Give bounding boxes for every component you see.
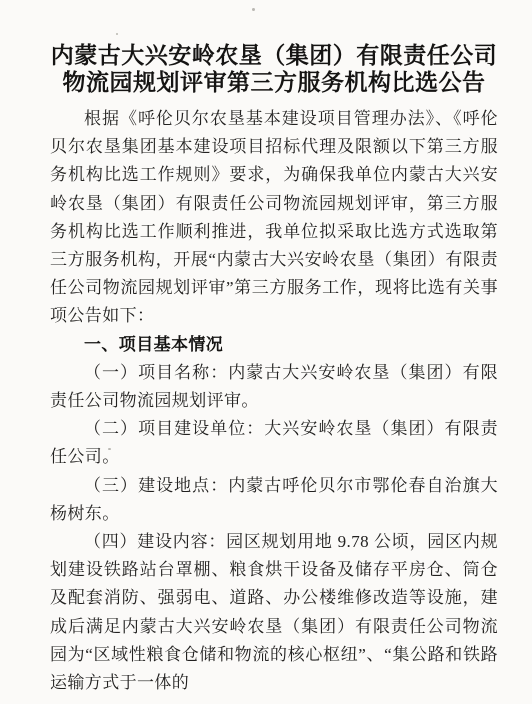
- scan-artifact: [116, 33, 118, 35]
- item-construction-unit: （二）项目建设单位：大兴安岭农垦（集团）有限责任公司。: [50, 415, 498, 471]
- item-construction-location: （三）建设地点：内蒙古呼伦贝尔市鄂伦春自治旗大杨树东。: [50, 472, 498, 528]
- document-page: 内蒙古大兴安岭农垦（集团）有限责任公司 物流园规划评审第三方服务机构比选公告 根…: [0, 0, 532, 704]
- scan-artifact: [112, 656, 115, 658]
- section-heading-project-basic-info: 一、项目基本情况: [50, 331, 498, 359]
- document-title-line2: 物流园规划评审第三方服务机构比选公告: [63, 70, 486, 95]
- scan-artifact: [252, 8, 255, 11]
- document-body: 根据《呼伦贝尔农垦基本建设项目管理办法》、《呼伦贝尔农垦集团基本建设项目招标代理…: [50, 105, 498, 697]
- document-title: 内蒙古大兴安岭农垦（集团）有限责任公司 物流园规划评审第三方服务机构比选公告: [50, 42, 498, 96]
- item-project-name: （一）项目名称：内蒙古大兴安岭农垦（集团）有限责任公司物流园规划评审。: [50, 359, 498, 415]
- scan-artifact: [108, 448, 111, 450]
- document-title-line1: 内蒙古大兴安岭农垦（集团）有限责任公司: [51, 43, 498, 68]
- intro-paragraph: 根据《呼伦贝尔农垦基本建设项目管理办法》、《呼伦贝尔农垦集团基本建设项目招标代理…: [50, 105, 498, 331]
- item-construction-content: （四）建设内容：园区规划用地 9.78 公顷，园区内规划建设铁路站台罩棚、粮食烘…: [50, 528, 498, 697]
